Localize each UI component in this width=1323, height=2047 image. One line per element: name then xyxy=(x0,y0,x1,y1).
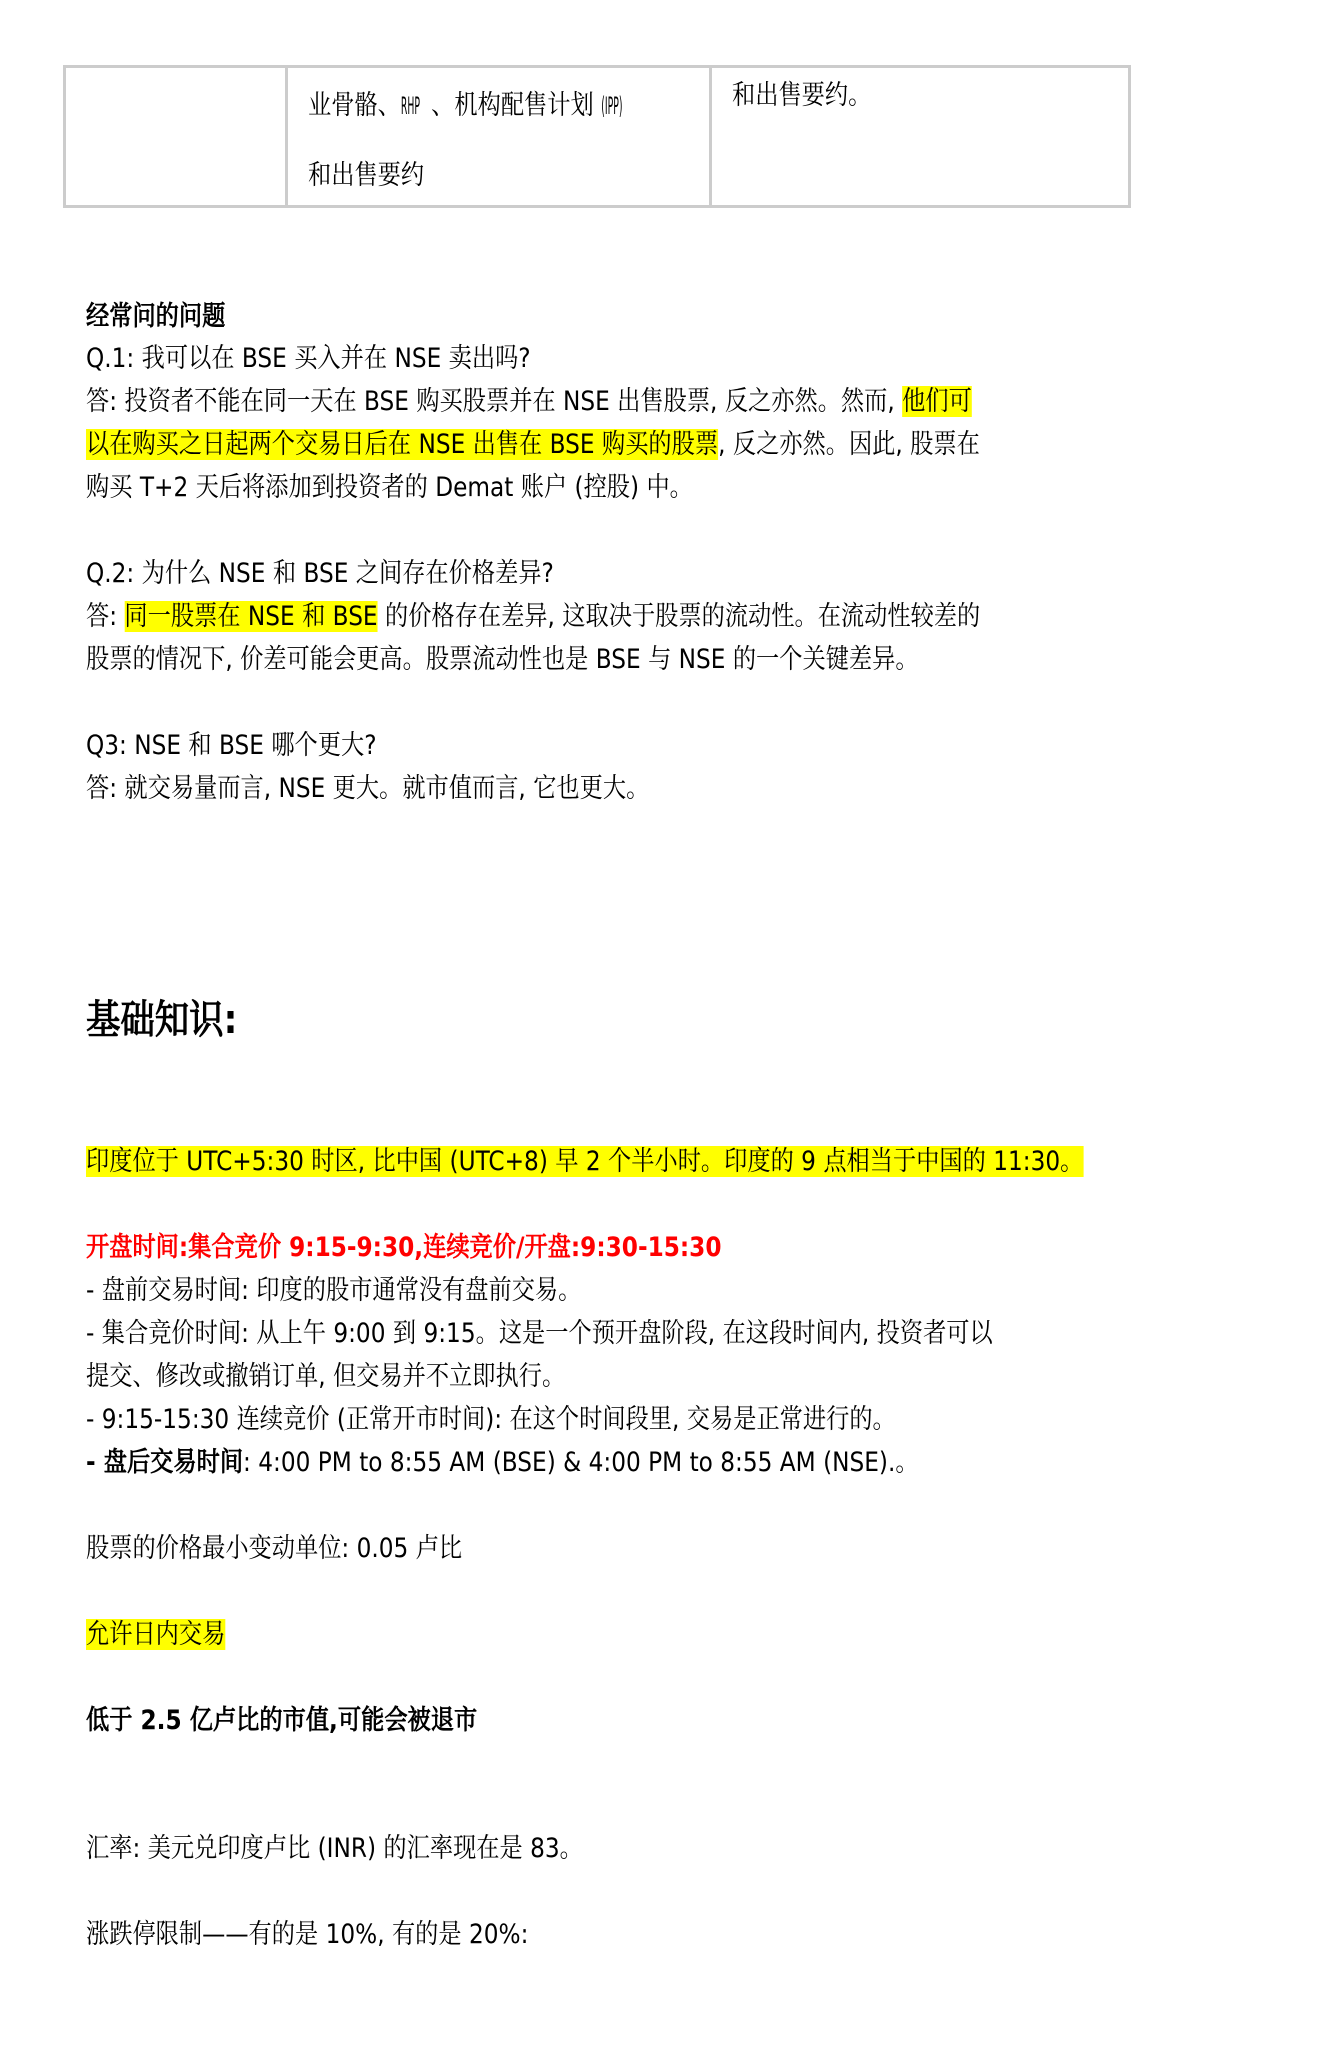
table-cell-2-line1: 业骨骼、RHP、机构配售计划 (IPP) xyxy=(308,90,636,122)
hours-item-continued: 提交、修改或撤销订单, 但交易并不立即执行。 xyxy=(86,1360,565,1394)
faq-heading: 经常问的问题 xyxy=(86,300,225,334)
delisting-note: 低于 2.5 亿卢比的市值,可能会被退市 xyxy=(86,1704,477,1738)
abbr-ipp: (IPP) xyxy=(601,90,622,122)
table: 业骨骼、RHP、机构配售计划 (IPP) 和出售要约 和出售要约。 xyxy=(63,65,1131,208)
faq-q3-question: Q3: NSE 和 BSE 哪个更大? xyxy=(86,729,377,763)
faq-q1-question: Q.1: 我可以在 BSE 买入并在 NSE 卖出吗? xyxy=(86,342,531,376)
table-cell-2: 业骨骼、RHP、机构配售计划 (IPP) 和出售要约 xyxy=(288,68,712,205)
faq-q1-answer-line1: 答: 投资者不能在同一天在 BSE 购买股票并在 NSE 出售股票, 反之亦然。… xyxy=(86,385,972,419)
trading-hours-heading: 开盘时间:集合竞价 9:15-9:30,连续竞价/开盘:9:30-15:30 xyxy=(86,1231,721,1265)
highlight: 允许日内交易 xyxy=(86,1619,225,1650)
highlight: 同一股票在 NSE 和 BSE xyxy=(124,601,377,632)
hours-item: - 盘前交易时间: 印度的股市通常没有盘前交易。 xyxy=(86,1274,581,1308)
faq-q1-answer-line3: 购买 T+2 天后将添加到投资者的 Demat 账户 (控股) 中。 xyxy=(86,471,693,505)
hours-item: - 集合竞价时间: 从上午 9:00 到 9:15。这是一个预开盘阶段, 在这段… xyxy=(86,1317,993,1351)
highlight: 印度位于 UTC+5:30 时区, 比中国 (UTC+8) 早 2 个半小时。印… xyxy=(86,1146,1083,1177)
exchange-rate: 汇率: 美元兑印度卢比 (INR) 的汇率现在是 83。 xyxy=(86,1832,583,1866)
abbr-rhp: RHP xyxy=(401,90,420,122)
faq-q2-answer-line2: 股票的情况下, 价差可能会更高。股票流动性也是 BSE 与 NSE 的一个关键差… xyxy=(86,643,919,677)
faq-q2-question: Q.2: 为什么 NSE 和 BSE 之间存在价格差异? xyxy=(86,557,554,591)
hours-item: - 盘后交易时间: 4:00 PM to 8:55 AM (BSE) & 4:0… xyxy=(86,1446,919,1480)
table-cell-2-line2: 和出售要约 xyxy=(308,160,424,192)
table-cell-3: 和出售要约。 xyxy=(712,68,1128,205)
faq-q3-answer: 答: 就交易量而言, NSE 更大。就市值而言, 它也更大。 xyxy=(86,772,649,806)
price-limit: 涨跌停限制——有的是 10%, 有的是 20%: xyxy=(86,1918,528,1952)
timezone-note: 印度位于 UTC+5:30 时区, 比中国 (UTC+8) 早 2 个半小时。印… xyxy=(86,1145,1083,1179)
tick-size: 股票的价格最小变动单位: 0.05 卢比 xyxy=(86,1532,462,1566)
intraday-note: 允许日内交易 xyxy=(86,1618,225,1652)
table-cell-1 xyxy=(66,68,288,205)
highlight: 他们可 xyxy=(902,386,972,417)
hours-item: - 9:15-15:30 连续竞价 (正常开市时间): 在这个时间段里, 交易是… xyxy=(86,1403,896,1437)
faq-q2-answer-line1: 答: 同一股票在 NSE 和 BSE 的价格存在差异, 这取决于股票的流动性。在… xyxy=(86,600,980,634)
basics-heading: 基础知识: xyxy=(86,995,237,1045)
document-page: 业骨骼、RHP、机构配售计划 (IPP) 和出售要约 和出售要约。 经常问的问题… xyxy=(0,0,1323,2047)
highlight: 以在购买之日起两个交易日后在 NSE 出售在 BSE 购买的股票 xyxy=(86,429,718,460)
faq-q1-answer-line2: 以在购买之日起两个交易日后在 NSE 出售在 BSE 购买的股票, 反之亦然。因… xyxy=(86,428,980,462)
